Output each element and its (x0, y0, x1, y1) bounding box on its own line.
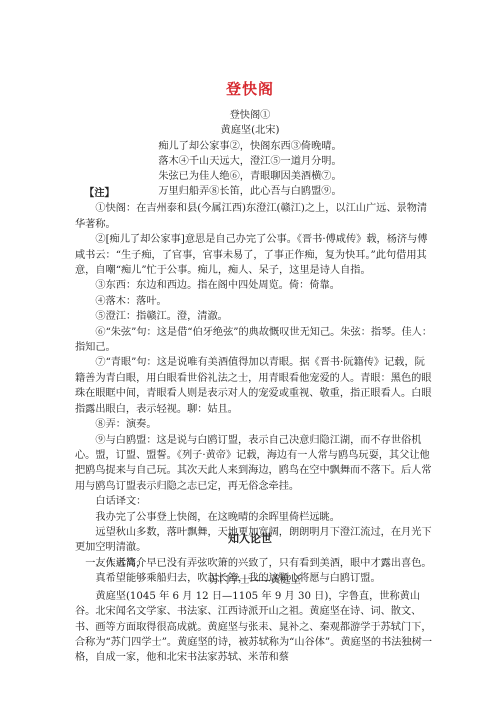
translation-header: 白话译文： (75, 494, 435, 509)
note-item: ⑥“朱弦”句：这是借“伯牙绝弦”的典故慨叹世无知己。朱弦：指琴。佳人：指知己。 (75, 325, 435, 356)
author-bio: 一、作者简介 苏门学士——黄庭坚 黄庭坚(1045 年 6 月 12 日—110… (75, 556, 435, 666)
note-item: ⑦“青眼”句：这是说唯有美酒值得加以青眼。据《晋书·阮籍传》记载，阮籍善为青白眼… (75, 355, 435, 417)
poem-line: 落木④千山天远大，澄江⑤一道月分明。 (0, 154, 500, 169)
bio-title: 苏门学士——黄庭坚 (75, 573, 435, 588)
section-title: 知人论世 (0, 530, 500, 546)
note-item: ⑨与白鸥盟：这是说与白鸥订盟，表示自己决意归隐江湖，而不存世俗机心。盟，订盟、盟… (75, 433, 435, 495)
note-item: ⑤澄江：指赣江。澄，清澈。 (75, 309, 435, 324)
poem-line: 痴儿了却公家事②，快阁东西③倚晚晴。 (0, 139, 500, 154)
document-page: 登快阁 登快阁① 黄庭坚(北宋) 痴儿了却公家事②，快阁东西③倚晚晴。 落木④千… (0, 0, 500, 707)
note-item: ②[痴儿了却公家事]意思是自己办完了公事。《晋书·傅咸传》载，杨济与傅咸书云：“… (75, 232, 435, 278)
translation-line: 我办完了公事登上快阁，在这晚晴的余晖里倚栏远眺。 (75, 510, 435, 525)
note-item: ④落木：落叶。 (75, 294, 435, 309)
note-item: ①快阁：在吉州泰和县(今属江西)东澄江(赣江)之上，以江山广远、景物清华著称。 (75, 201, 435, 232)
bio-text: 黄庭坚(1045 年 6 月 12 日—1105 年 9 月 30 日)，字鲁直… (75, 589, 435, 666)
poem-author: 黄庭坚(北宋) (0, 123, 500, 138)
notes-header: 【注】 (75, 186, 435, 201)
poem-line: 朱弦已为佳人绝⑥，青眼聊因美酒横⑦。 (0, 169, 500, 184)
poem-heading: 登快阁① (0, 108, 500, 123)
notes-section: 【注】 ①快阁：在吉州泰和县(今属江西)东澄江(赣江)之上，以江山广远、景物清华… (75, 186, 435, 587)
section-subheading: 一、作者简介 (75, 556, 435, 571)
note-item: ⑧弄：演奏。 (75, 417, 435, 432)
note-item: ③东西：东边和西边。指在阁中四处周览。倚：倚靠。 (75, 278, 435, 293)
document-title: 登快阁 (0, 78, 500, 99)
